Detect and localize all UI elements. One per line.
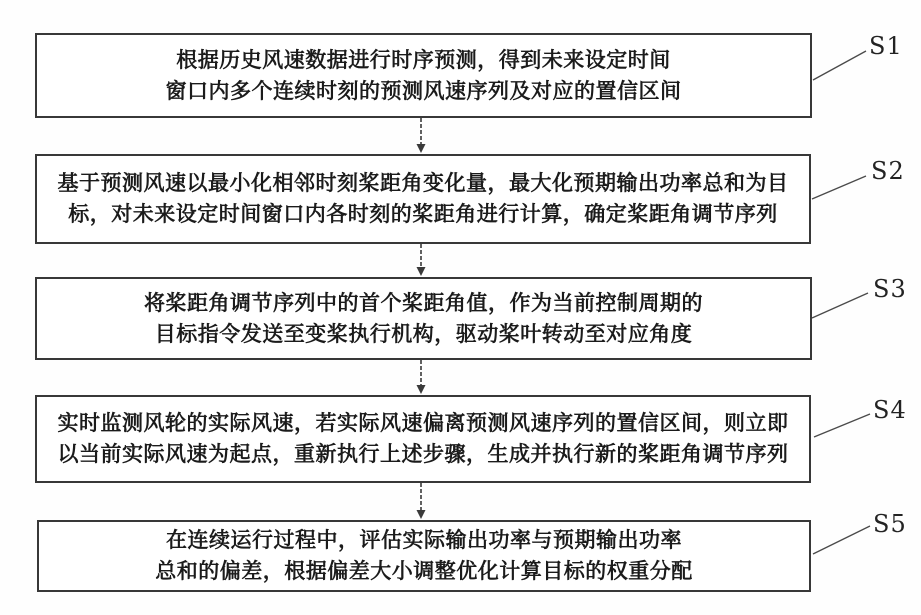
leader-line-s3 bbox=[812, 293, 868, 318]
flow-arrow-1 bbox=[417, 118, 426, 153]
step-label-s2: S2 bbox=[871, 157, 905, 185]
step-label-s5: S5 bbox=[873, 510, 907, 538]
flow-step-box-s4: 实时监测风轮的实际风速，若实际风速偏离预测风速序列的置信区间，则立即 以当前实际… bbox=[35, 395, 811, 483]
step-text-line: 总和的偏差，根据偏差大小调整优化计算目标的权重分配 bbox=[155, 557, 693, 586]
flow-arrow-3 bbox=[417, 360, 426, 394]
step-text-line: 目标指令发送至变桨执行机构，驱动桨叶转动至对应角度 bbox=[155, 320, 693, 349]
step-text-line: 标，对未来设定时间窗口内各时刻的桨距角进行计算，确定桨距角调节序列 bbox=[68, 200, 778, 229]
leader-line-s4 bbox=[814, 414, 870, 437]
flow-arrow-4 bbox=[417, 483, 426, 519]
step-text-line: 基于预测风速以最小化相邻时刻桨距角变化量，最大化预期输出功率总和为目 bbox=[58, 169, 789, 198]
step-label-s1: S1 bbox=[869, 32, 903, 60]
flow-step-box-s1: 根据历史风速数据进行时序预测，得到未来设定时间 窗口内多个连续时刻的预测风速序列… bbox=[35, 33, 812, 118]
step-text-line: 以当前实际风速为起点，重新执行上述步骤，生成并执行新的桨距角调节序列 bbox=[58, 440, 789, 469]
leader-line-s2 bbox=[812, 176, 866, 199]
step-text-line: 窗口内多个连续时刻的预测风速序列及对应的置信区间 bbox=[166, 77, 682, 106]
step-text-line: 在连续运行过程中，评估实际输出功率与预期输出功率 bbox=[166, 526, 682, 555]
step-label-s4: S4 bbox=[873, 396, 907, 424]
flowchart-page: 根据历史风速数据进行时序预测，得到未来设定时间 窗口内多个连续时刻的预测风速序列… bbox=[0, 0, 921, 615]
flow-arrow-2 bbox=[417, 244, 426, 276]
leader-line-s5 bbox=[813, 526, 870, 554]
step-label-s3: S3 bbox=[873, 275, 907, 303]
flow-step-box-s3: 将桨距角调节序列中的首个桨距角值，作为当前控制周期的 目标指令发送至变桨执行机构… bbox=[35, 277, 812, 360]
step-text-line: 根据历史风速数据进行时序预测，得到未来设定时间 bbox=[176, 46, 671, 75]
leader-line-s1 bbox=[813, 51, 866, 80]
step-text-line: 实时监测风轮的实际风速，若实际风速偏离预测风速序列的置信区间，则立即 bbox=[58, 409, 789, 438]
flow-step-box-s2: 基于预测风速以最小化相邻时刻桨距角变化量，最大化预期输出功率总和为目 标，对未来… bbox=[35, 154, 811, 244]
flow-step-box-s5: 在连续运行过程中，评估实际输出功率与预期输出功率 总和的偏差，根据偏差大小调整优… bbox=[37, 520, 811, 592]
step-text-line: 将桨距角调节序列中的首个桨距角值，作为当前控制周期的 bbox=[144, 289, 703, 318]
